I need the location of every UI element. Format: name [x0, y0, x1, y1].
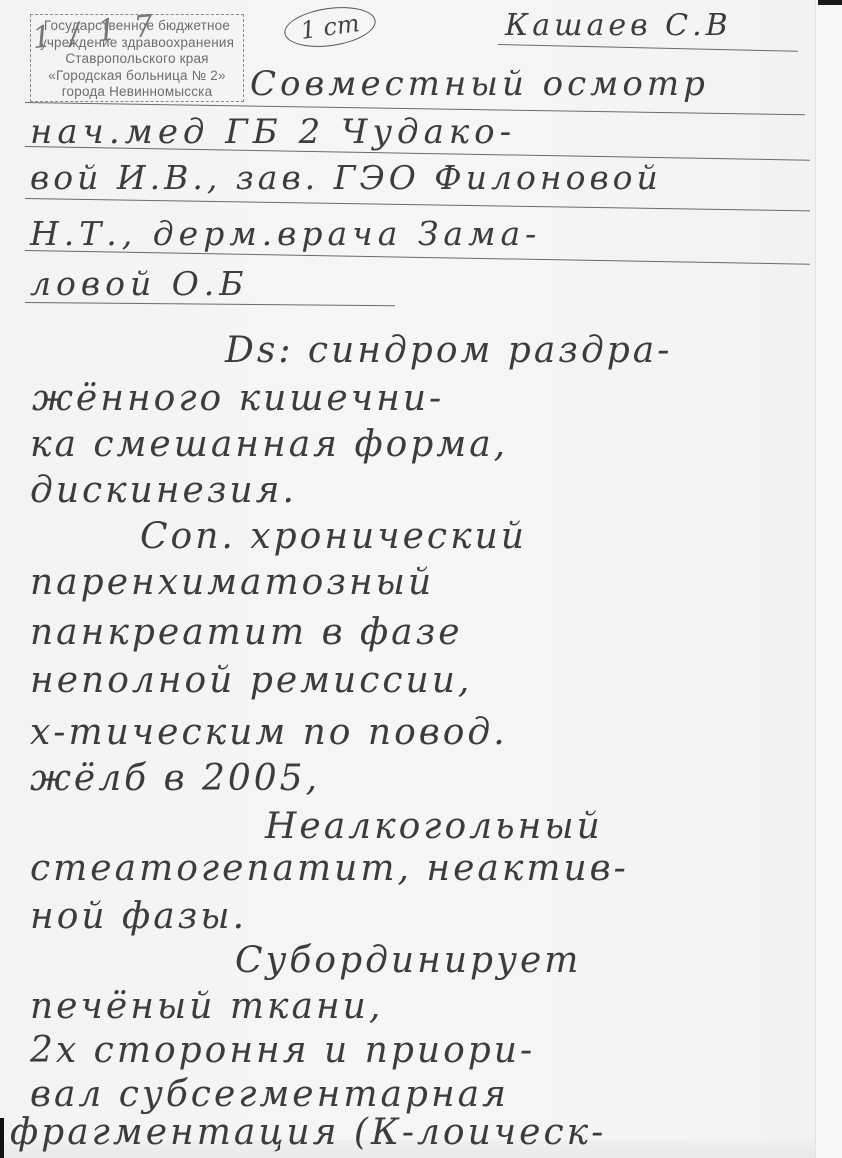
- underline: [25, 302, 395, 307]
- stamp-line: Ставропольского края: [31, 51, 243, 68]
- commission-line: Совместный осмотр: [250, 64, 709, 104]
- diagnosis-line: ной фазы.: [30, 896, 247, 937]
- diagnosis-line: Субординирует: [235, 940, 581, 981]
- patient-name: Кашаев С.В: [505, 8, 732, 43]
- underline: [498, 44, 798, 52]
- diagnosis-line: паренхиматозный: [30, 562, 434, 603]
- diagnosis-line: неполной ремиссии,: [30, 660, 472, 701]
- commission-line: вой И.В., зав. ГЭО Филоновой: [30, 158, 662, 197]
- diagnosis-line: х-тическим по повод.: [30, 712, 508, 753]
- scan-edge-shadow: [818, 0, 842, 5]
- commission-line: нач.мед ГБ 2 Чудако-: [30, 112, 516, 152]
- diagnosis-line: панкреатит в фазе: [30, 612, 463, 653]
- stamp-line: «Городская больница № 2»: [31, 68, 243, 85]
- commission-line: Н.Т., дерм.врача Зама-: [30, 214, 541, 253]
- diagnosis-line: жёлб в 2005,: [30, 758, 320, 799]
- stamp-line: города Невинномысска: [31, 84, 243, 101]
- underline: [25, 198, 810, 212]
- diagnosis-line: вал субсегментарная: [30, 1074, 509, 1115]
- diagnosis-line: ка смешанная форма,: [30, 424, 508, 465]
- diagnosis-line: Неалкогольный: [265, 806, 603, 847]
- scan-edge-right: [815, 0, 842, 1158]
- diagnosis-line: стеатогепатит, неактив-: [30, 848, 629, 889]
- diagnosis-line: Ds: синдром раздра-: [225, 330, 672, 371]
- diagnosis-line: фрагментация (К-лоическ-: [10, 1112, 606, 1153]
- scanned-page: Государственное бюджетное учреждение здр…: [0, 0, 842, 1158]
- diagnosis-line: 2х стороння и приори-: [30, 1030, 535, 1071]
- diagnosis-line: печёный ткани,: [30, 986, 383, 1027]
- diagnosis-line: Соп. хронический: [140, 516, 527, 557]
- scan-edge-shadow-left: [0, 1118, 4, 1158]
- commission-line: ловой О.Б: [30, 264, 249, 303]
- diagnosis-line: жённого кишечни-: [32, 378, 444, 419]
- page-number-mark: 1 ст: [282, 2, 378, 52]
- diagnosis-line: дискинезия.: [30, 470, 297, 511]
